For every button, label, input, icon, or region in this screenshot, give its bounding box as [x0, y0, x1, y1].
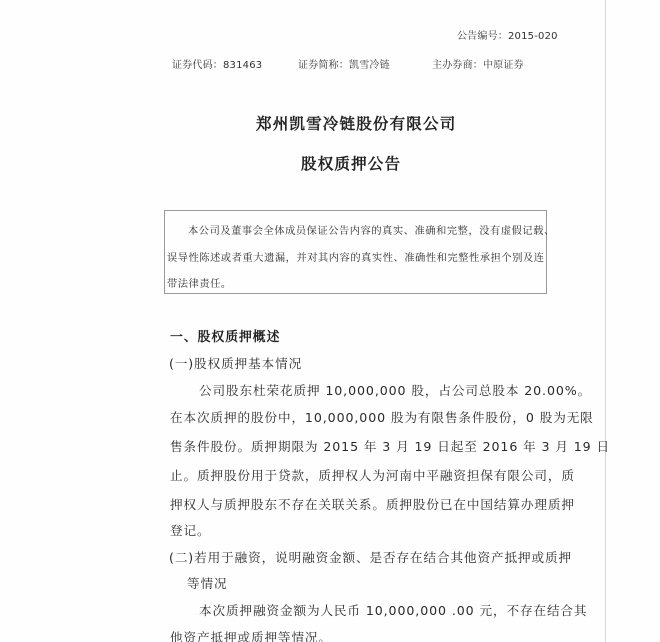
- subsection-heading-1: (一)股权质押基本情况: [169, 353, 302, 372]
- page-edge-divider: [605, 0, 606, 642]
- paragraph-line: 押权人与质押股东不存在关联关系。质押股份已在中国结算办理质押: [170, 494, 575, 513]
- company-name-title: 郑州凯雪冷链股份有限公司: [256, 112, 456, 134]
- paragraph-line: 本次质押融资金额为人民币 10,000,000 .00 元，不存在结合其: [199, 600, 587, 619]
- section-heading: 一、股权质押概述: [170, 326, 280, 345]
- paragraph-line: 售条件股份。质押期限为 2015 年 3 月 19 日起至 2016 年 3 月…: [170, 436, 610, 455]
- paragraph-line: 止。质押股份用于贷款，质押权人为河南中平融资担保有限公司，质: [170, 465, 575, 484]
- paragraph-line: 公司股东杜荣花质押 10,000,000 股，占公司总股本 20.00%。: [199, 380, 591, 399]
- disclaimer-line-3: 带法律责任。: [167, 275, 232, 290]
- paragraph-line: 他资产抵押或质押等情况。: [170, 627, 332, 642]
- subsection-heading-2-cont: 等情况: [187, 573, 227, 592]
- document-title: 股权质押公告: [301, 152, 401, 174]
- paragraph-line: 登记。: [170, 520, 210, 539]
- disclaimer-line-2: 误导性陈述或者重大遗漏，并对其内容的真实性、准确性和完整性承担个别及连: [167, 249, 545, 264]
- sponsor-broker: 主办券商：中原证券: [432, 56, 524, 71]
- security-code: 证券代码：831463: [172, 56, 262, 71]
- announcement-number: 公告编号：2015-020: [457, 27, 558, 42]
- security-abbreviation: 证券简称：凯雪冷链: [298, 56, 390, 71]
- disclaimer-line-1: 本公司及董事会全体成员保证公告内容的真实、准确和完整，没有虚假记载、: [188, 222, 555, 237]
- document-page: 公告编号：2015-020 证券代码：831463 证券简称：凯雪冷链 主办券商…: [0, 0, 660, 642]
- subsection-heading-2: (二)若用于融资，说明融资金额、是否存在结合其他资产抵押或质押: [169, 547, 572, 566]
- paragraph-line: 在本次质押的股份中，10,000,000 股为有限售条件股份，0 股为无限: [170, 407, 594, 426]
